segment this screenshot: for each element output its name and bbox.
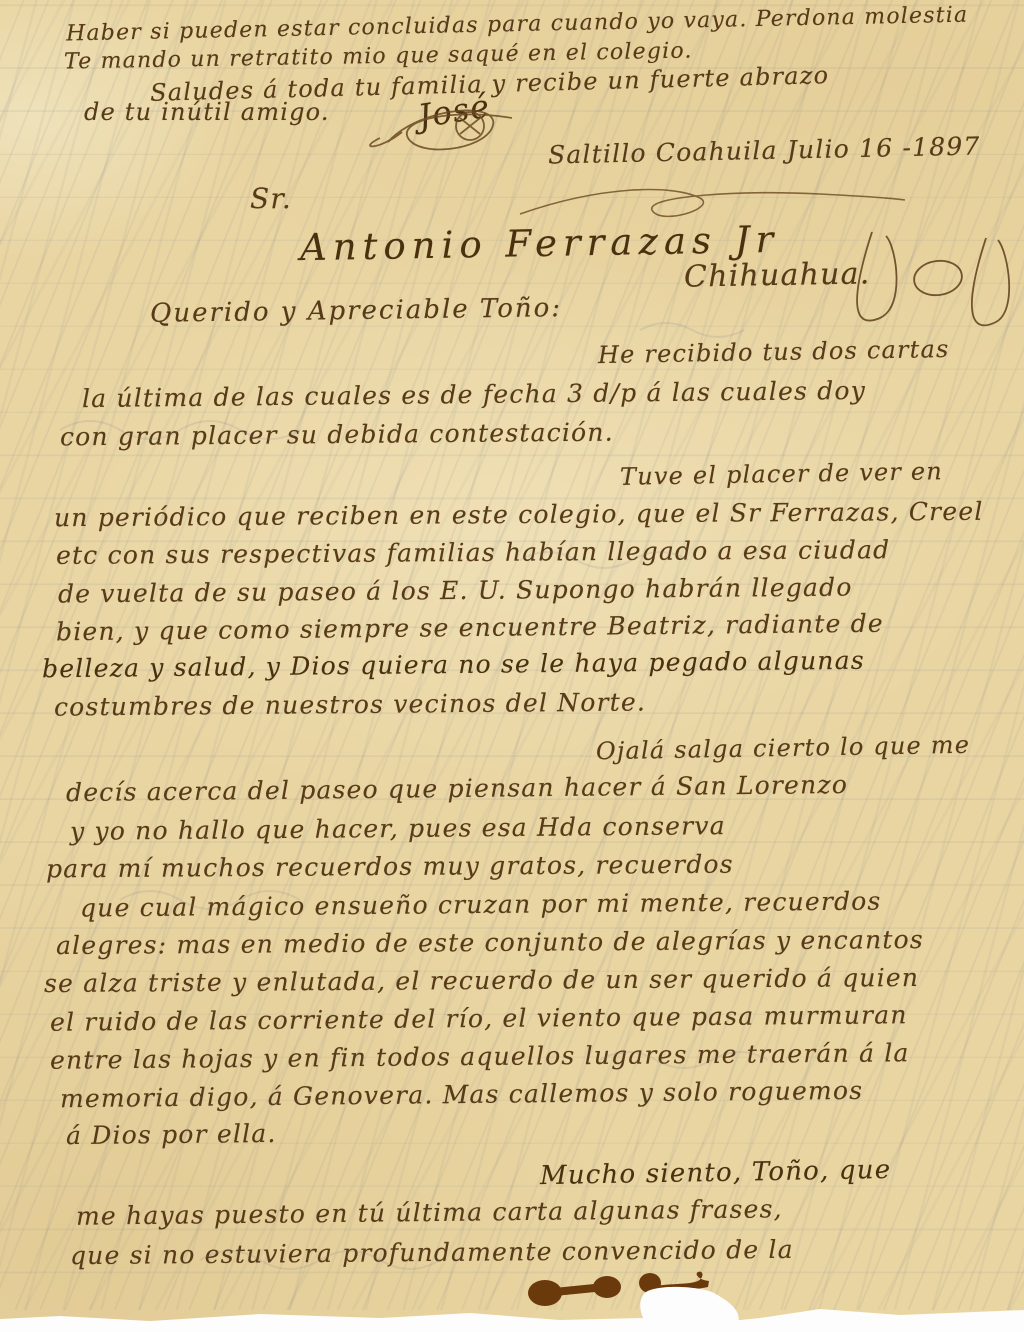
recipient-city: Chihuahua. (684, 256, 871, 294)
body-line: me hayas puesto en tú última carta algun… (76, 1194, 783, 1230)
postscript-line: Haber si pueden estar concluidas para cu… (66, 3, 969, 47)
body-line: bien, y que como siempre se encuentre Be… (56, 609, 884, 647)
body-line: para mí muchos recuerdos muy gratos, rec… (46, 850, 734, 884)
body-line: la última de las cuales es de fecha 3 d/… (82, 376, 866, 413)
body-line: belleza y salud, y Dios quiera no se le … (42, 646, 865, 684)
body-line: se alza triste y enlutada, el recuerdo d… (44, 963, 919, 998)
body-line: á Dios por ella. (66, 1119, 277, 1150)
body-line: etc con sus respectivas familias habían … (56, 535, 891, 570)
body-line: costumbres de nuestros vecinos del Norte… (54, 687, 646, 721)
body-line: y yo no hallo que hacer, pues esa Hda co… (70, 811, 726, 846)
body-line: que si no estuviera profundamente conven… (70, 1235, 794, 1270)
body-line: entre las hojas y en fin todos aquellos … (50, 1038, 910, 1075)
body-line: con gran placer su debida contestación. (60, 418, 614, 452)
body-line: de vuelta de su paseo á los E. U. Supong… (58, 573, 853, 609)
body-line: decís acerca del paseo que piensan hacer… (66, 770, 848, 807)
body-line: memoria digo, á Genovera. Mas callemos y… (60, 1076, 863, 1113)
body-line: que cual mágico ensueño cruzan por mi me… (80, 887, 882, 923)
salutation: Querido y Apreciable Toño: (150, 293, 562, 329)
body-line: un periódico que reciben en este colegio… (54, 497, 984, 532)
recipient-prefix: Sr. (250, 182, 292, 215)
body-line: Mucho siento, Toño, que (540, 1155, 892, 1191)
body-line: el ruido de las corriente del río, el vi… (50, 1000, 908, 1036)
dateline: Saltillo Coahuila Julio 16 -1897 (548, 131, 981, 169)
body-line: Tuve el placer de ver en (620, 457, 943, 491)
postscript-line: de tu inútil amigo. (84, 98, 330, 126)
body-line: alegres: mas en medio de este conjunto d… (56, 925, 924, 960)
letter-page: Haber si pueden estar concluidas para cu… (0, 0, 1024, 1332)
body-line: Ojalá salga cierto lo que me (596, 731, 971, 766)
body-line: He recibido tus dos cartas (598, 335, 950, 369)
